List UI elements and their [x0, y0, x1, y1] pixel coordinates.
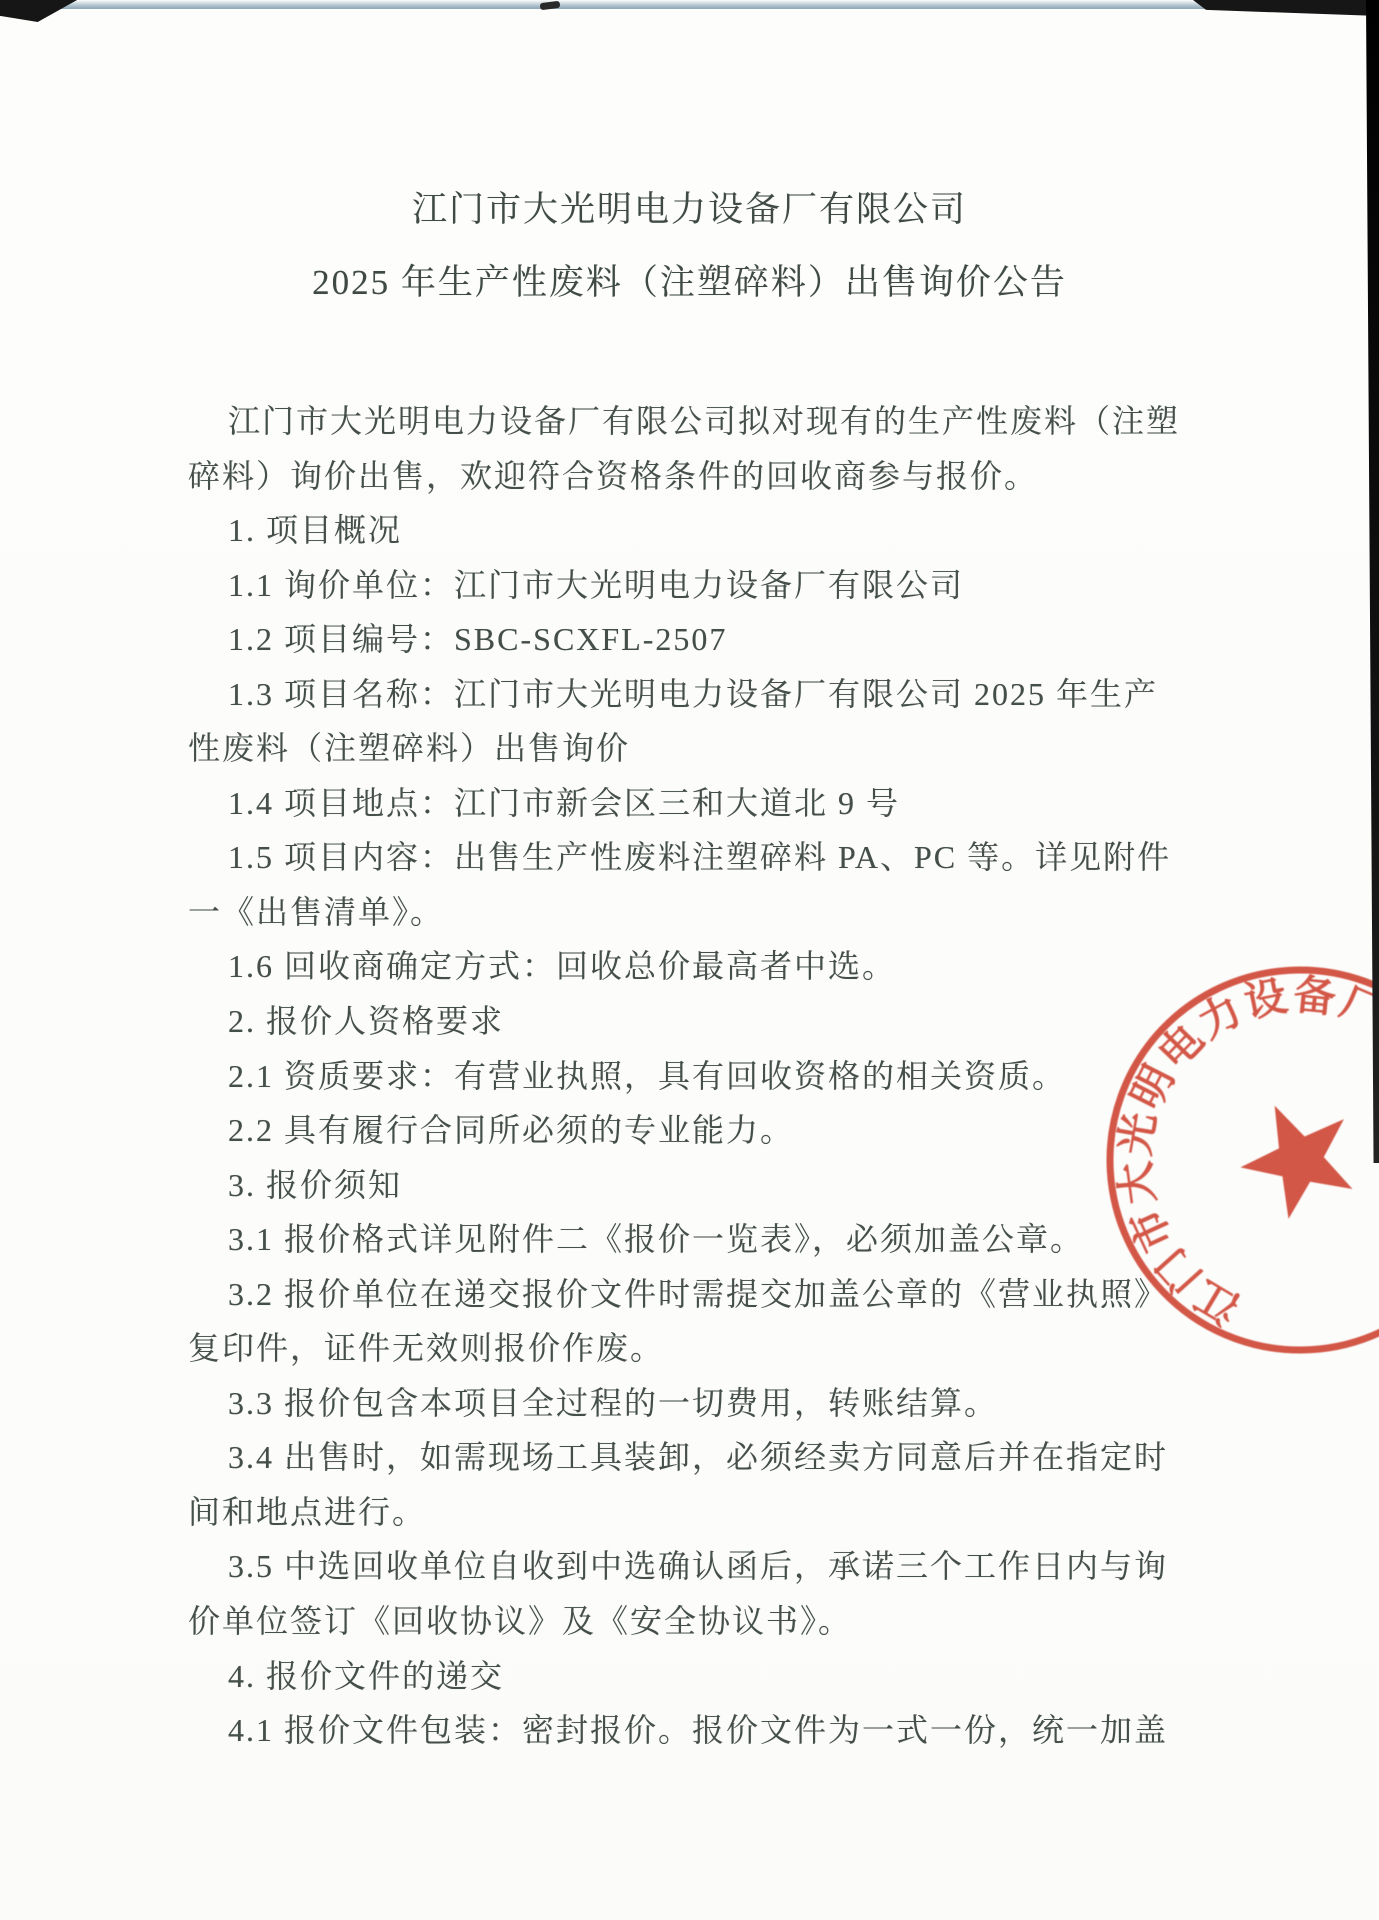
scan-artifact-top-right — [1193, 0, 1379, 16]
scan-artifact-top-left — [0, 0, 82, 22]
document-lines: 江门市大光明电力设备厂有限公司拟对现有的生产性废料（注塑碎料）询价出售，欢迎符合… — [188, 394, 1208, 1758]
text-line: 1. 项目概况 — [188, 503, 1208, 558]
text-line: 3.1 报价格式详见附件二《报价一览表》，必须加盖公章。 — [188, 1212, 1208, 1267]
text-line: 1.4 项目地点：江门市新会区三和大道北 9 号 — [188, 776, 1208, 831]
text-line: 一《出售清单》。 — [188, 885, 1208, 940]
company-seal-stamp: 江门市大光明电力设备厂有限公司 — [1060, 920, 1379, 1400]
text-line: 3.5 中选回收单位自收到中选确认函后，承诺三个工作日内与询 — [188, 1539, 1208, 1594]
text-line: 4.1 报价文件包装：密封报价。报价文件为一式一份，统一加盖 — [188, 1703, 1208, 1758]
text-line: 复印件，证件无效则报价作废。 — [188, 1321, 1208, 1376]
text-line: 碎料）询价出售，欢迎符合资格条件的回收商参与报价。 — [188, 449, 1208, 504]
text-line: 1.5 项目内容：出售生产性废料注塑碎料 PA、PC 等。详见附件 — [188, 830, 1208, 885]
document-title-line1: 江门市大光明电力设备厂有限公司 — [0, 190, 1379, 230]
text-line: 1.1 询价单位：江门市大光明电力设备厂有限公司 — [188, 558, 1208, 613]
text-line: 2.2 具有履行合同所必须的专业能力。 — [188, 1103, 1208, 1158]
text-line: 2.1 资质要求：有营业执照，具有回收资格的相关资质。 — [188, 1049, 1208, 1104]
text-line: 间和地点进行。 — [188, 1485, 1208, 1540]
scanned-document-page: 江门市大光明电力设备厂有限公司 2025 年生产性废料（注塑碎料）出售询价公告 … — [0, 0, 1379, 1920]
text-line: 价单位签订《回收协议》及《安全协议书》。 — [188, 1594, 1208, 1649]
text-line: 3.3 报价包含本项目全过程的一切费用，转账结算。 — [188, 1376, 1208, 1431]
document-title-line2: 2025 年生产性废料（注塑碎料）出售询价公告 — [0, 263, 1379, 303]
scan-artifact-bottom-edge — [0, 0, 1379, 9]
text-line: 1.2 项目编号：SBC-SCXFL-2507 — [188, 612, 1208, 667]
text-line: 2. 报价人资格要求 — [188, 994, 1208, 1049]
seal-star-icon — [1223, 1081, 1372, 1228]
text-line: 1.3 项目名称：江门市大光明电力设备厂有限公司 2025 年生产 — [188, 667, 1208, 722]
text-line: 3. 报价须知 — [188, 1158, 1208, 1213]
text-line: 性废料（注塑碎料）出售询价 — [188, 721, 1208, 776]
text-line: 3.2 报价单位在递交报价文件时需提交加盖公章的《营业执照》 — [188, 1267, 1208, 1322]
text-line: 4. 报价文件的递交 — [188, 1649, 1208, 1704]
text-line: 3.4 出售时，如需现场工具装卸，必须经卖方同意后并在指定时 — [188, 1430, 1208, 1485]
text-line: 江门市大光明电力设备厂有限公司拟对现有的生产性废料（注塑 — [188, 394, 1208, 449]
text-line: 1.6 回收商确定方式：回收总价最高者中选。 — [188, 939, 1208, 994]
